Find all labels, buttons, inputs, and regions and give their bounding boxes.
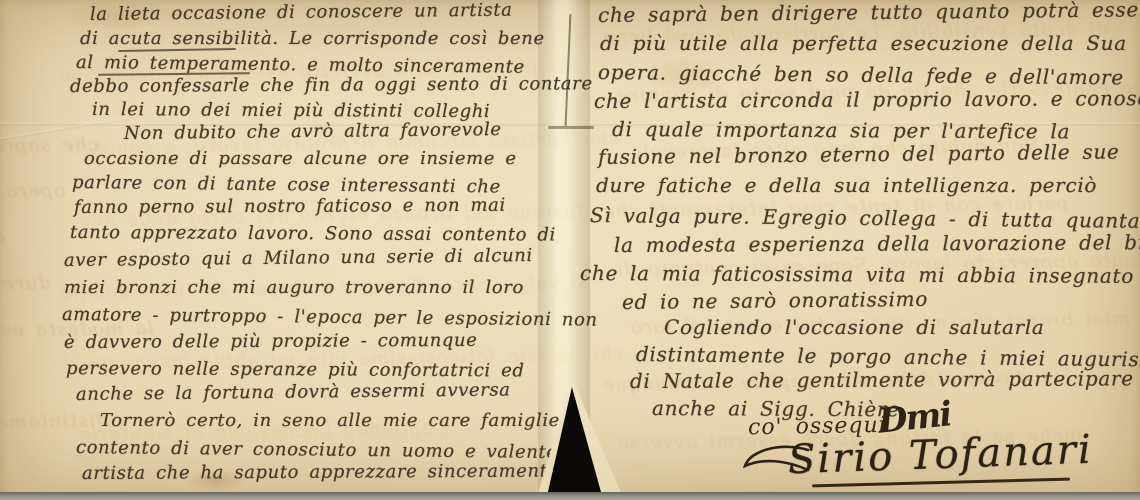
handwriting-line: che l'artista circonda il proprio lavoro… bbox=[594, 86, 1140, 113]
handwriting-line: ed io ne sarò onoratissimo bbox=[622, 287, 928, 314]
handwriting-line: che saprà ben dirigere tutto quanto potr… bbox=[598, 0, 1140, 27]
handwriting-line: di Natale che gentilmente vorrà partecip… bbox=[630, 366, 1134, 393]
handwriting-line: dure fatiche e della sua intelligenza. p… bbox=[596, 173, 1097, 197]
handwriting-line: Sì valga pure. Egregio collega - di tutt… bbox=[590, 203, 1140, 233]
handwriting-line: di quale importanza sia per l'artefice l… bbox=[612, 117, 1070, 143]
table-edge-strip bbox=[0, 492, 1140, 500]
handwriting-line: Cogliendo l'occasione di salutarla bbox=[664, 315, 1045, 339]
handwriting-line: che la mia faticosissima vita mi abbia i… bbox=[580, 261, 1140, 288]
letter-photo: che saprà ben dirigere tutto quanto potr… bbox=[0, 0, 1140, 500]
handwriting-line: opera. giacché ben so della fede e dell'… bbox=[598, 60, 1124, 90]
handwriting-line: la modesta esperienza della lavorazione … bbox=[614, 230, 1140, 257]
handwriting-line: di più utile alla perfetta esecuzione de… bbox=[600, 31, 1127, 55]
handwriting-line: fusione nel bronzo eterno del parto dell… bbox=[598, 140, 1120, 169]
